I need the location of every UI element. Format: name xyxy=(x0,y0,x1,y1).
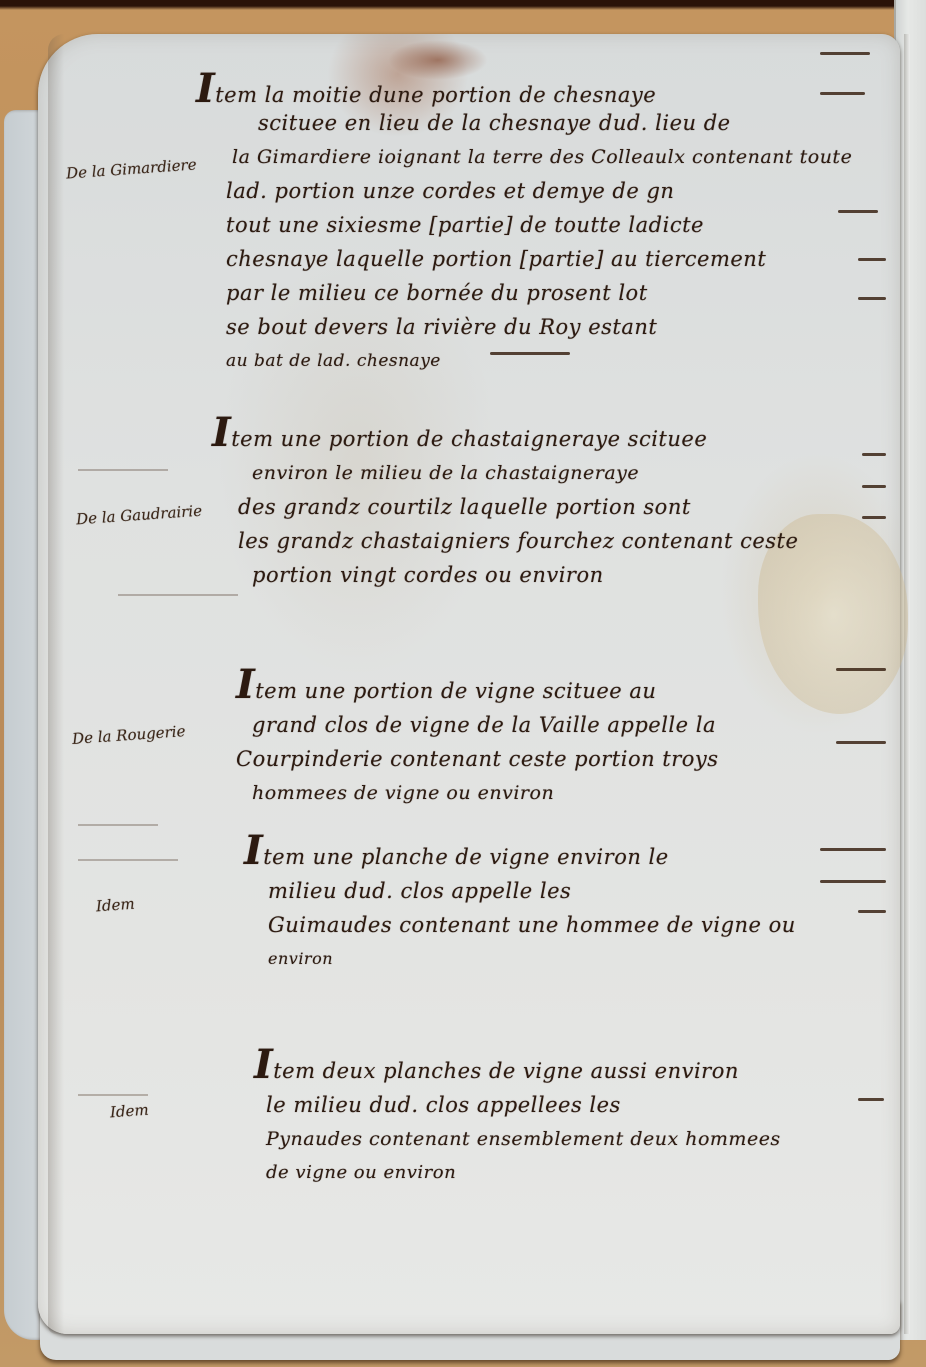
entry-line: Guimaudes contenant une hommee de vigne … xyxy=(268,908,796,942)
entry-line: des grandz courtilz laquelle portion son… xyxy=(238,490,798,524)
entry-line: lad. portion unze cordes et demye de gn xyxy=(226,174,852,208)
line-filler-dash xyxy=(820,880,886,883)
entry-line: environ xyxy=(268,942,796,976)
bleed-through-line xyxy=(78,1094,148,1096)
entry-line: Item une portion de vigne scituee au xyxy=(236,668,719,708)
line-filler-dash xyxy=(820,52,870,55)
entry-line: portion vingt cordes ou environ xyxy=(252,558,798,592)
line-filler-dash xyxy=(862,516,886,519)
entry-line: les grandz chastaigniers fourchez conten… xyxy=(238,524,798,558)
entry-line: Courpinderie contenant ceste portion tro… xyxy=(236,742,719,776)
line-filler-dash xyxy=(858,297,886,300)
entry-line: par le milieu ce bornée du prosent lot xyxy=(226,276,852,310)
line-filler-dash xyxy=(838,210,878,213)
entry-line: environ le milieu de la chastaigneraye xyxy=(252,456,798,490)
entry-line: Item une planche de vigne environ le xyxy=(244,834,796,874)
entry-line: chesnaye laquelle portion [partie] au ti… xyxy=(226,242,852,276)
entry-line: scituee en lieu de la chesnaye dud. lieu… xyxy=(258,106,852,140)
line-filler-dash xyxy=(820,92,865,95)
entry-line: se bout devers la rivière du Roy estant xyxy=(226,310,852,344)
entry-1: Item la moitie dune portion de chesnaye … xyxy=(196,72,852,378)
entry-line: le milieu dud. clos appellees les xyxy=(266,1088,781,1122)
entry-line: la Gimardiere ioignant la terre des Coll… xyxy=(232,140,852,174)
entry-line: de vigne ou environ xyxy=(266,1156,781,1190)
entry-3: Item une portion de vigne scituee au gra… xyxy=(236,668,719,810)
entry-line: hommees de vigne ou environ xyxy=(252,776,719,810)
page-fold xyxy=(904,34,910,1334)
line-filler-dash xyxy=(490,352,570,355)
entry-line: Pynaudes contenant ensemblement deux hom… xyxy=(266,1122,781,1156)
bleed-through-line xyxy=(78,824,158,826)
line-filler-dash xyxy=(858,258,886,261)
line-filler-dash xyxy=(836,668,886,671)
bleed-through-line xyxy=(78,859,178,861)
line-filler-dash xyxy=(836,741,886,744)
entry-line: milieu dud. clos appelle les xyxy=(268,874,796,908)
line-filler-dash xyxy=(858,910,886,913)
entry-line: grand clos de vigne de la Vaille appelle… xyxy=(252,708,719,742)
bleed-through-line xyxy=(78,469,168,471)
line-filler-dash xyxy=(862,485,886,488)
entry-line: au bat de lad. chesnaye xyxy=(226,344,852,378)
entry-line: tout une sixiesme [partie] de toutte lad… xyxy=(226,208,852,242)
entry-line: Item une portion de chastaigneraye scitu… xyxy=(212,416,798,456)
line-filler-dash xyxy=(858,1098,884,1101)
entry-4: Item une planche de vigne environ le mil… xyxy=(244,834,796,976)
entry-5: Item deux planches de vigne aussi enviro… xyxy=(254,1048,781,1190)
margin-note: Idem xyxy=(95,895,135,916)
line-filler-dash xyxy=(820,848,886,851)
bleed-through-line xyxy=(118,594,238,596)
line-filler-dash xyxy=(862,453,886,456)
entry-2: Item une portion de chastaigneraye scitu… xyxy=(212,416,798,592)
margin-note: Idem xyxy=(109,1101,149,1122)
entry-line: Item deux planches de vigne aussi enviro… xyxy=(254,1048,781,1088)
